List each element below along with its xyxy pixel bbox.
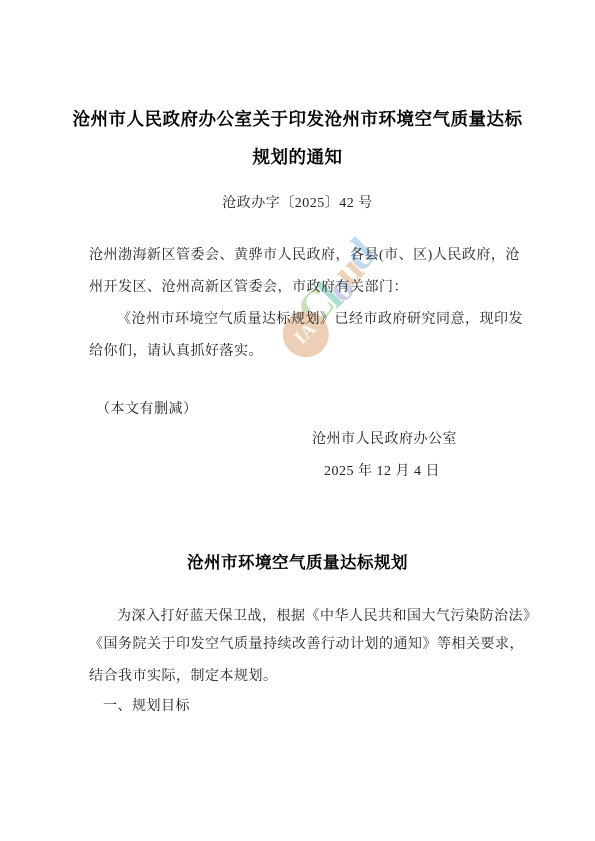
section-heading-1: 一、规划目标	[89, 696, 190, 718]
issuer-name: 沧州市人民政府办公室	[312, 429, 457, 451]
notice-title-line1: 沧州市人民政府办公室关于印发沧州市环境空气质量达标	[0, 106, 595, 132]
plan-body-line-3: 结合我市实际，制定本规划。	[89, 666, 278, 688]
doc-number: 沧政办字〔2025〕42 号	[0, 193, 595, 215]
issue-date: 2025 年 12 月 4 日	[324, 461, 440, 483]
notice-body-line-2: 给你们，请认真抓好落实。	[89, 341, 263, 363]
notice-body-line-1: 《沧州市环境空气质量达标规划》已经市政府研究同意，现印发	[89, 309, 523, 331]
recipients-line-1: 沧州渤海新区管委会、黄骅市人民政府，各县(市、区)人民政府，沧	[89, 245, 520, 267]
redaction-note: （本文有删减）	[89, 399, 198, 421]
notice-title-line2: 规划的通知	[0, 144, 595, 170]
plan-title: 沧州市环境空气质量达标规划	[0, 551, 595, 575]
plan-body-line-1: 为深入打好蓝天保卫战，根据《中华人民共和国大气污染防治法》	[89, 606, 538, 628]
plan-body-line-2: 《国务院关于印发空气质量持续改善行动计划的通知》等相关要求，	[89, 634, 524, 656]
recipients-line-2: 州开发区、沧州高新区管委会，市政府有关部门：	[89, 277, 408, 299]
document-page: IA C l o u d 沧州市人民政府办公室关于印发沧州市环境空气质量达标 规…	[0, 0, 595, 841]
